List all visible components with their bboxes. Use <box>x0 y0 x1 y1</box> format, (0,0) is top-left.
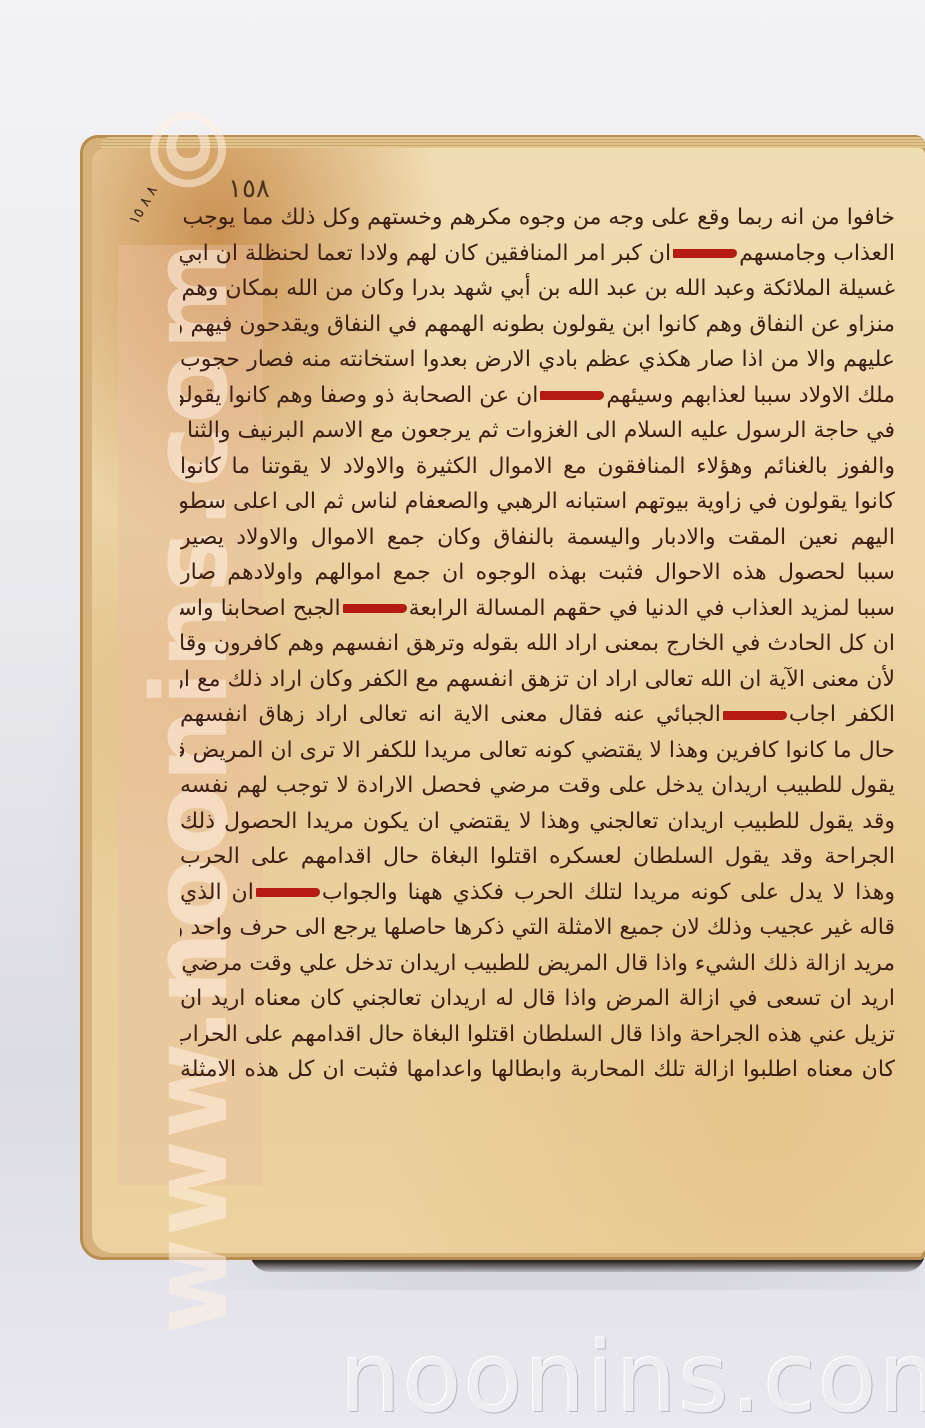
manuscript-line: في حاجة الرسول عليه السلام الى الغزوات ث… <box>180 413 895 449</box>
red-rubric-mark <box>256 888 320 897</box>
line-text: والفوز بالغنائم وهؤلاء المنافقون مع الام… <box>180 454 895 479</box>
manuscript-line: اريد ان تسعى في ازالة المرض واذا قال له … <box>180 981 895 1017</box>
red-rubric-mark <box>723 711 787 720</box>
line-text: ملك الاولاد سببا لعذابهم وسيئهم <box>606 383 895 408</box>
manuscript-line: سببا لمزيد العذاب في الدنيا في حقهم المس… <box>180 591 895 627</box>
line-text: تزيل عني هذه الجراحة واذا قال السلطان اق… <box>180 1022 895 1047</box>
manuscript-line: سببا لحصول هذه الاحوال فثبت بهذه الوجوه … <box>180 555 895 591</box>
line-text: عليهم والا من اذا صار هكذي عظم بادي الار… <box>180 347 895 372</box>
manuscript-line: ملك الاولاد سببا لعذابهم وسيئهمان عن الص… <box>180 378 895 414</box>
line-text: ان كبر امر المنافقين كان لهم ولادا تعما … <box>180 241 671 266</box>
manuscript-line: ان كل الحادث في الخارج بمعنى اراد الله ب… <box>180 626 895 662</box>
manuscript-line: كان معناه اطلبوا ازالة تلك المحاربة وابط… <box>180 1052 895 1088</box>
line-text: قاله غير عجيب وذلك لان جميع الامثلة التي… <box>180 915 895 940</box>
manuscript-line: غسيلة الملائكة وعبد الله بن عبد الله بن … <box>180 271 895 307</box>
manuscript-line: كانوا يقولون في زاوية بيوتهم استبانه الر… <box>180 484 895 520</box>
line-text: حال ما كانوا كافرين وهذا لا يقتضي كونه ت… <box>180 738 895 763</box>
line-text: غسيلة الملائكة وعبد الله بن عبد الله بن … <box>180 276 895 301</box>
manuscript-line: الجراحة وقد يقول السلطان لعسكره اقتلوا ا… <box>180 839 895 875</box>
line-text: منزاو عن النفاق وهم كانوا ابن يقولون بطو… <box>180 312 895 337</box>
line-text: الكفر اجاب <box>789 702 895 727</box>
manuscript-line: والفوز بالغنائم وهؤلاء المنافقون مع الام… <box>180 449 895 485</box>
line-text: يقول للطبيب اريدان يدخل على وقت مرضي فحص… <box>180 773 895 798</box>
line-text: كانوا يقولون في زاوية بيوتهم استبانه الر… <box>180 489 895 514</box>
manuscript-line: وهذا لا يدل على كونه مريدا لتلك الحرب فك… <box>180 875 895 911</box>
manuscript-line: لأن معنى الآية ان الله تعالى اراد ان تزه… <box>180 662 895 698</box>
line-text: ان كل الحادث في الخارج بمعنى اراد الله ب… <box>180 631 895 656</box>
manuscript-line: وقد يقول للطبيب اريدان تعالجني وهذا لا ي… <box>180 804 895 840</box>
red-rubric-mark <box>343 604 407 613</box>
red-rubric-mark <box>540 391 604 400</box>
line-text: الجبح اصحابنا واستبانت <box>180 596 341 621</box>
manuscript-line: خافوا من انه ربما وقع على وجه من وجوه مك… <box>180 200 895 236</box>
line-text: كان معناه اطلبوا ازالة تلك المحاربة وابط… <box>180 1057 895 1082</box>
line-text: ان الذي <box>180 880 254 905</box>
line-text: خافوا من انه ربما وقع على وجه من وجوه مك… <box>180 205 895 230</box>
manuscript-line: قاله غير عجيب وذلك لان جميع الامثلة التي… <box>180 910 895 946</box>
manuscript-text-block: خافوا من انه ربما وقع على وجه من وجوه مك… <box>180 200 895 1088</box>
line-text: في حاجة الرسول عليه السلام الى الغزوات ث… <box>180 418 895 443</box>
manuscript-line: يقول للطبيب اريدان يدخل على وقت مرضي فحص… <box>180 768 895 804</box>
manuscript-line: منزاو عن النفاق وهم كانوا ابن يقولون بطو… <box>180 307 895 343</box>
line-text: سببا لمزيد العذاب في الدنيا في حقهم المس… <box>409 596 895 621</box>
manuscript-line: تزيل عني هذه الجراحة واذا قال السلطان اق… <box>180 1017 895 1053</box>
line-text: وقد يقول للطبيب اريدان تعالجني وهذا لا ي… <box>180 809 895 834</box>
red-rubric-mark <box>673 249 737 258</box>
line-text: مريد ازالة ذلك الشيء واذا قال المريض للط… <box>180 951 895 976</box>
line-text: لأن معنى الآية ان الله تعالى اراد ان تزه… <box>180 667 895 692</box>
manuscript-line: عليهم والا من اذا صار هكذي عظم بادي الار… <box>180 342 895 378</box>
line-text: سببا لحصول هذه الاحوال فثبت بهذه الوجوه … <box>180 560 895 585</box>
line-text: الجراحة وقد يقول السلطان لعسكره اقتلوا ا… <box>180 844 895 869</box>
line-text: اريد ان تسعى في ازالة المرض واذا قال له … <box>180 986 895 1011</box>
manuscript-line: مريد ازالة ذلك الشيء واذا قال المريض للط… <box>180 946 895 982</box>
manuscript-line: اليهم نعين المقت والادبار واليسمة بالنفا… <box>180 520 895 556</box>
manuscript-line: حال ما كانوا كافرين وهذا لا يقتضي كونه ت… <box>180 733 895 769</box>
line-text: العذاب وجامسهم <box>739 241 895 266</box>
manuscript-line: العذاب وجامسهمان كبر امر المنافقين كان ل… <box>180 236 895 272</box>
manuscript-line: الكفر اجابالجبائي عنه فقال معنى الاية ان… <box>180 697 895 733</box>
line-text: الجبائي عنه فقال معنى الاية انه تعالى ار… <box>180 702 721 727</box>
bottom-watermark: noonins.com <box>340 1322 925 1428</box>
line-text: وهذا لا يدل على كونه مريدا لتلك الحرب فك… <box>322 880 895 905</box>
line-text: ان عن الصحابة ذو وصفا وهم كانوا يقولون <box>180 383 538 408</box>
line-text: اليهم نعين المقت والادبار واليسمة بالنفا… <box>180 525 895 550</box>
